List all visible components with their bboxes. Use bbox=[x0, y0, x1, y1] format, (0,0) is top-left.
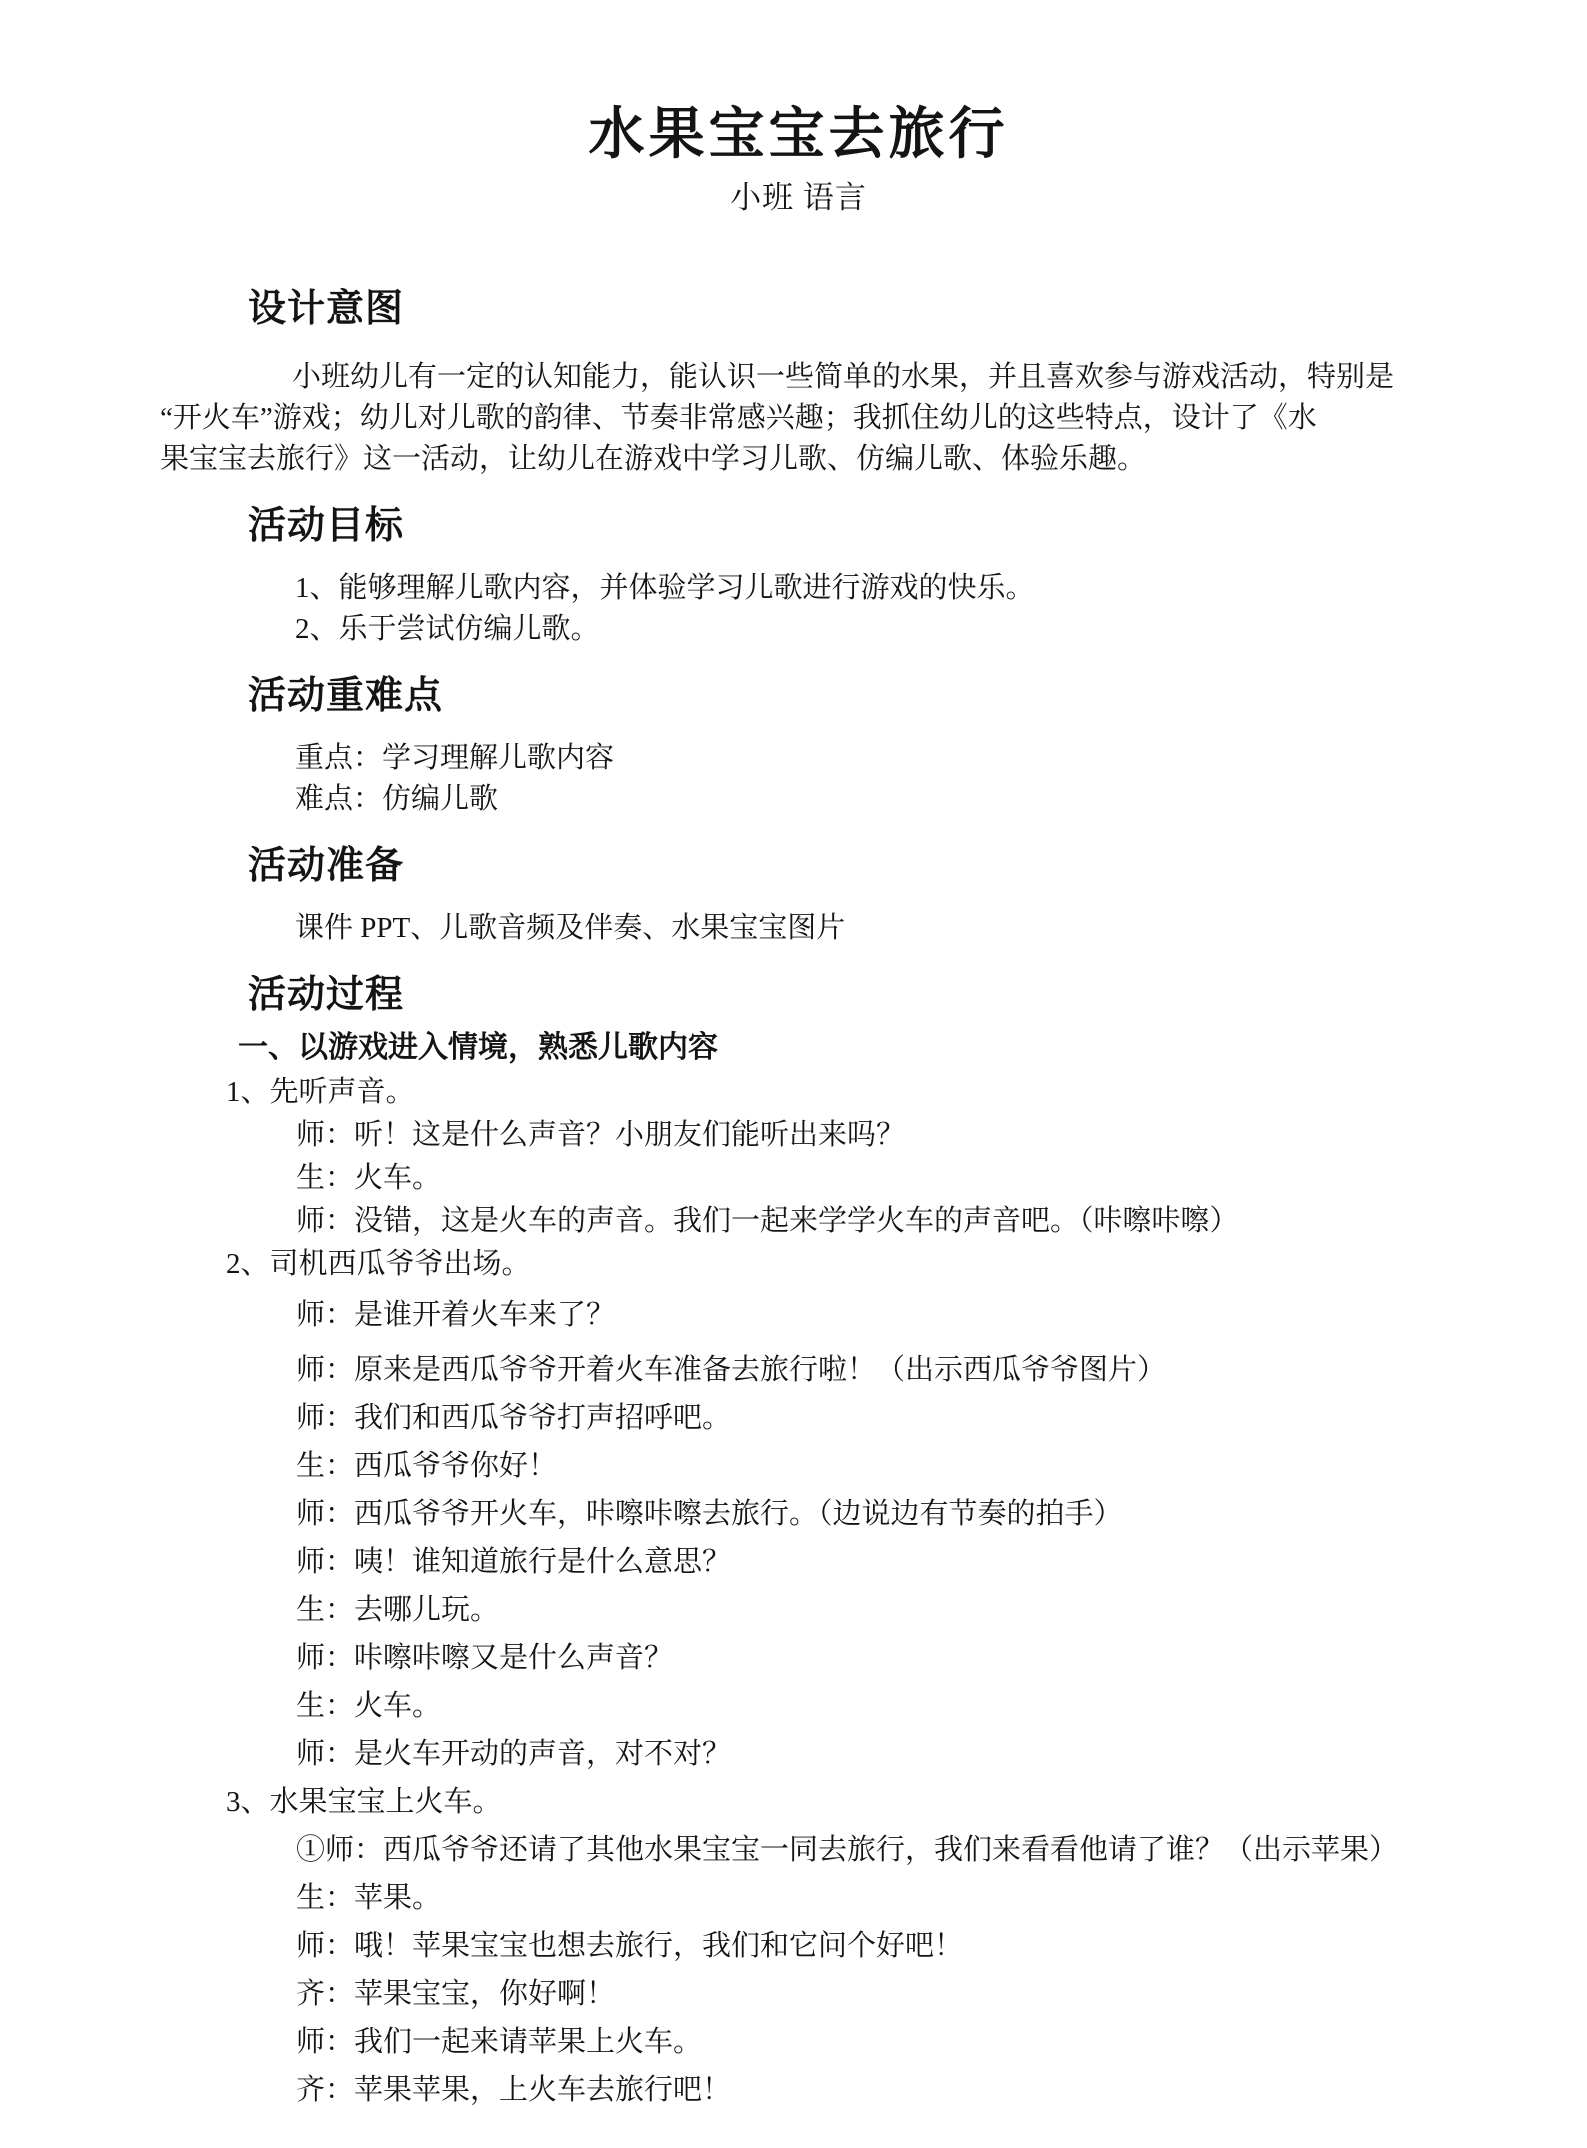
section-items: 1、能够理解儿歌内容，并体验学习儿歌进行游戏的快乐。2、乐于尝试仿编儿歌。 bbox=[160, 568, 1437, 650]
process-step: 师：咦！谁知道旅行是什么意思？ bbox=[296, 1538, 1437, 1586]
section: 活动准备课件 PPT、儿歌音频及伴奏、水果宝宝图片 bbox=[160, 840, 1437, 949]
list-item: 难点：仿编儿歌 bbox=[295, 779, 1437, 820]
process-step: 2、司机西瓜爷爷出场。 bbox=[226, 1243, 1437, 1286]
process-step: 生：西瓜爷爷你好！ bbox=[296, 1442, 1437, 1490]
process-step: 生：火车。 bbox=[296, 1157, 1437, 1200]
section-heading: 活动重难点 bbox=[248, 670, 1437, 722]
section: 活动重难点重点：学习理解儿歌内容难点：仿编儿歌 bbox=[160, 670, 1437, 820]
process-step: 师：西瓜爷爷开火车，咔嚓咔嚓去旅行。（边说边有节奏的拍手） bbox=[296, 1490, 1437, 1538]
process-step: 师：听！这是什么声音？小朋友们能听出来吗？ bbox=[296, 1114, 1437, 1157]
process-step: 师：是谁开着火车来了？ bbox=[296, 1291, 1437, 1339]
document-page: 水果宝宝去旅行 小班 语言 设计意图小班幼儿有一定的认知能力，能认识一些简单的水… bbox=[0, 0, 1587, 2148]
section-items: 重点：学习理解儿歌内容难点：仿编儿歌 bbox=[160, 738, 1437, 820]
process-step: 师：哦！苹果宝宝也想去旅行，我们和它问个好吧！ bbox=[296, 1922, 1437, 1970]
process-step: 1、先听声音。 bbox=[226, 1071, 1437, 1114]
process-step: 生：苹果。 bbox=[296, 1874, 1437, 1922]
process-step: 师：我们一起来请苹果上火车。 bbox=[296, 2018, 1437, 2066]
process-step: 师：是火车开动的声音，对不对？ bbox=[296, 1730, 1437, 1778]
section-heading: 活动过程 bbox=[248, 969, 1437, 1021]
section-heading: 活动目标 bbox=[248, 500, 1437, 552]
process-step: 齐：苹果宝宝，你好啊！ bbox=[296, 1970, 1437, 2018]
process-step: 师：原来是西瓜爷爷开着火车准备去旅行啦！（出示西瓜爷爷图片） bbox=[296, 1346, 1437, 1394]
list-item: 1、能够理解儿歌内容，并体验学习儿歌进行游戏的快乐。 bbox=[295, 568, 1437, 609]
paragraph-line: 果宝宝去旅行》这一活动，让幼儿在游戏中学习儿歌、仿编儿歌、体验乐趣。 bbox=[160, 439, 1437, 480]
section-heading: 活动准备 bbox=[248, 840, 1437, 892]
paragraph-line: “开火车”游戏；幼儿对儿歌的韵律、节奏非常感兴趣；我抓住幼儿的这些特点，设计了《… bbox=[160, 398, 1437, 439]
section-heading: 设计意图 bbox=[248, 283, 1437, 335]
process-step: 师：没错，这是火车的声音。我们一起来学学火车的声音吧。（咔嚓咔嚓） bbox=[296, 1200, 1437, 1243]
process-step: 生：去哪儿玩。 bbox=[296, 1586, 1437, 1634]
process-step: 师：我们和西瓜爷爷打声招呼吧。 bbox=[296, 1394, 1437, 1442]
process-step: 3、水果宝宝上火车。 bbox=[226, 1778, 1437, 1826]
paragraph-line: 小班幼儿有一定的认知能力，能认识一些简单的水果，并且喜欢参与游戏活动，特别是 bbox=[160, 357, 1437, 398]
list-item: 重点：学习理解儿歌内容 bbox=[295, 738, 1437, 779]
sections: 设计意图小班幼儿有一定的认知能力，能认识一些简单的水果，并且喜欢参与游戏活动，特… bbox=[160, 283, 1437, 2114]
section: 活动过程一、以游戏进入情境，熟悉儿歌内容1、先听声音。师：听！这是什么声音？小朋… bbox=[160, 969, 1437, 2114]
process-step: 师：咔嚓咔嚓又是什么声音？ bbox=[296, 1634, 1437, 1682]
process-step: ①师：西瓜爷爷还请了其他水果宝宝一同去旅行，我们来看看他请了谁？（出示苹果） bbox=[296, 1826, 1437, 1874]
list-item: 课件 PPT、儿歌音频及伴奏、水果宝宝图片 bbox=[295, 908, 1437, 949]
process-step: 生：火车。 bbox=[296, 1682, 1437, 1730]
page-subtitle: 小班 语言 bbox=[160, 176, 1437, 220]
process-step: 齐：苹果苹果，上火车去旅行吧！ bbox=[296, 2066, 1437, 2114]
section-paragraph: 小班幼儿有一定的认知能力，能认识一些简单的水果，并且喜欢参与游戏活动，特别是“开… bbox=[160, 357, 1437, 480]
list-item: 2、乐于尝试仿编儿歌。 bbox=[295, 609, 1437, 650]
page-title: 水果宝宝去旅行 bbox=[160, 0, 1437, 170]
section: 设计意图小班幼儿有一定的认知能力，能认识一些简单的水果，并且喜欢参与游戏活动，特… bbox=[160, 283, 1437, 480]
section: 活动目标1、能够理解儿歌内容，并体验学习儿歌进行游戏的快乐。2、乐于尝试仿编儿歌… bbox=[160, 500, 1437, 650]
process-steps: 1、先听声音。师：听！这是什么声音？小朋友们能听出来吗？生：火车。师：没错，这是… bbox=[160, 1071, 1437, 2114]
process-subheading: 一、以游戏进入情境，熟悉儿歌内容 bbox=[238, 1025, 1437, 1071]
section-items: 课件 PPT、儿歌音频及伴奏、水果宝宝图片 bbox=[160, 908, 1437, 949]
